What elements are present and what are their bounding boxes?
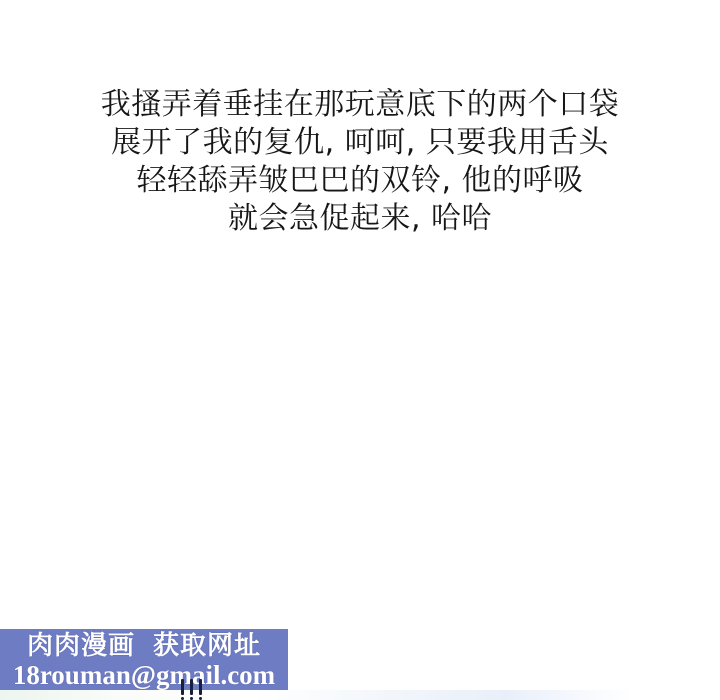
narration-line: 轻轻舔弄皱巴巴的双铃, 他的呼吸	[0, 162, 720, 200]
narration-line: 展开了我的复仇, 呵呵, 只要我用舌头	[0, 124, 720, 162]
exclamation-marks	[181, 679, 203, 700]
watermark-email: 18rouman@gmail.com	[0, 661, 288, 689]
watermark-banner: 肉肉漫画获取网址 18rouman@gmail.com	[0, 629, 288, 690]
next-panel-edge	[0, 690, 632, 700]
narration-line: 我搔弄着垂挂在那玩意底下的两个口袋	[0, 86, 720, 124]
comic-page: 我搔弄着垂挂在那玩意底下的两个口袋 展开了我的复仇, 呵呵, 只要我用舌头 轻轻…	[0, 0, 720, 700]
narration-line: 就会急促起来, 哈哈	[0, 200, 720, 238]
watermark-cta: 获取网址	[153, 631, 261, 661]
exclamation-bar	[199, 679, 202, 695]
exclamation-bar	[190, 679, 193, 695]
watermark-title: 肉肉漫画获取网址	[0, 632, 288, 661]
exclamation-bar	[181, 679, 184, 695]
narration-text-block: 我搔弄着垂挂在那玩意底下的两个口袋 展开了我的复仇, 呵呵, 只要我用舌头 轻轻…	[0, 86, 720, 238]
watermark-brand: 肉肉漫画	[27, 631, 135, 661]
